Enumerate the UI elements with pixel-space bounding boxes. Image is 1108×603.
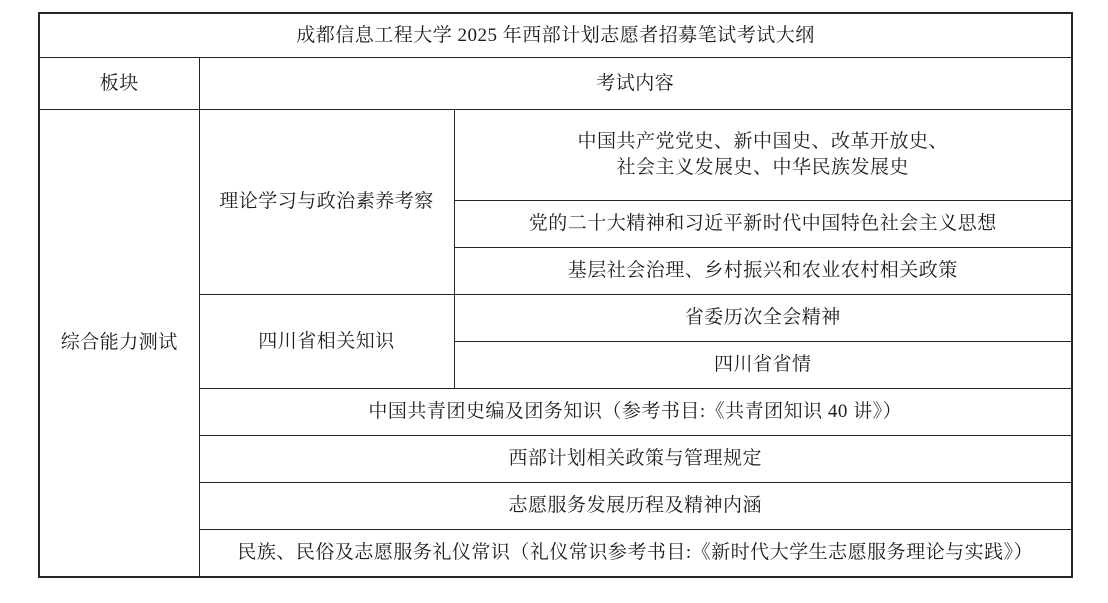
theory-item1-cell: 中国共产党党史、新中国史、改革开放史、 社会主义发展史、中华民族发展史 [454,110,1072,201]
merged-item2-cell: 西部计划相关政策与管理规定 [199,436,1072,483]
theory-label-cell: 理论学习与政治素养考察 [199,110,454,295]
table-title: 成都信息工程大学 2025 年西部计划志愿者招募笔试考试大纲 [39,13,1072,58]
header-cell-section: 板块 [39,58,199,110]
table-row: 综合能力测试 理论学习与政治素养考察 中国共产党党史、新中国史、改革开放史、 社… [39,110,1072,201]
theory-item1-line2: 社会主义发展史、中华民族发展史 [461,155,1066,181]
merged-item4-cell: 民族、民俗及志愿服务礼仪常识（礼仪常识参考书目:《新时代大学生志愿服务理论与实践… [199,530,1072,578]
title-row: 成都信息工程大学 2025 年西部计划志愿者招募笔试考试大纲 [39,13,1072,58]
theory-item1-line1: 中国共产党党史、新中国史、改革开放史、 [461,129,1066,155]
sichuan-label-cell: 四川省相关知识 [199,295,454,389]
sichuan-item1-cell: 省委历次全会精神 [454,295,1072,342]
header-cell-content: 考试内容 [199,58,1072,110]
merged-item3-cell: 志愿服务发展历程及精神内涵 [199,483,1072,530]
section-label-cell: 综合能力测试 [39,110,199,578]
theory-item3-cell: 基层社会治理、乡村振兴和农业农村相关政策 [454,248,1072,295]
merged-item1-cell: 中国共青团史编及团务知识（参考书目:《共青团知识 40 讲》） [199,389,1072,436]
exam-outline-table: 成都信息工程大学 2025 年西部计划志愿者招募笔试考试大纲 板块 考试内容 综… [38,12,1073,578]
sichuan-item2-cell: 四川省省情 [454,342,1072,389]
document-page: 成都信息工程大学 2025 年西部计划志愿者招募笔试考试大纲 板块 考试内容 综… [0,0,1108,603]
theory-item2-cell: 党的二十大精神和习近平新时代中国特色社会主义思想 [454,201,1072,248]
header-row: 板块 考试内容 [39,58,1072,110]
